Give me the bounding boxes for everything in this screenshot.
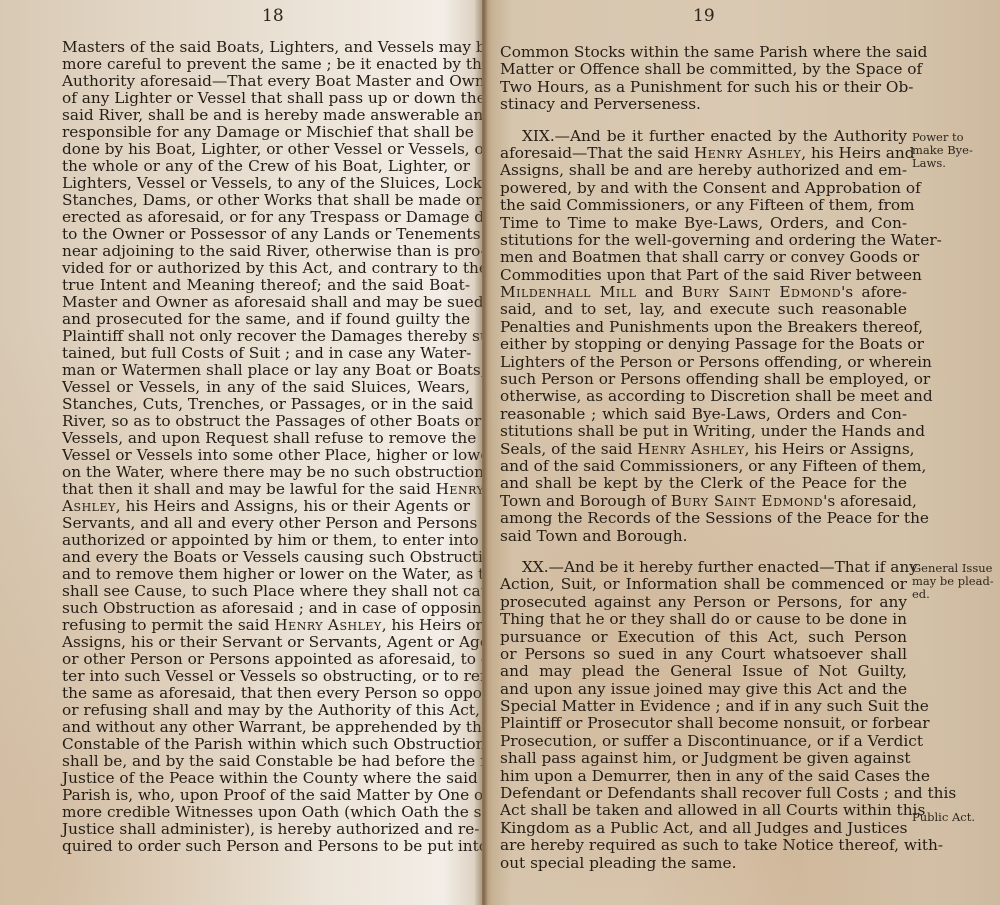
text-line: Stanches, Cuts, Trenches, or Passages, o… bbox=[62, 396, 470, 413]
paragraph-gap bbox=[500, 545, 907, 559]
text-line: Vessel or Vessels, in any of the said Sl… bbox=[62, 379, 470, 396]
page-number-right: 19 bbox=[693, 6, 715, 26]
left-page-body: Masters of the said Boats, Lighters, and… bbox=[62, 39, 470, 855]
text-line: Master and Owner as aforesaid shall and … bbox=[62, 294, 470, 311]
text-line: Servants, and all and every other Person… bbox=[62, 515, 470, 532]
text-line: and upon any issue joined may give this … bbox=[500, 681, 907, 698]
margin-note-line: ed. bbox=[912, 588, 1000, 601]
text-line: Special Matter in Evidence ; and if in a… bbox=[500, 698, 907, 715]
text-line: Common Stocks within the same Parish whe… bbox=[500, 44, 907, 61]
text-line: said River, shall be and is hereby made … bbox=[62, 107, 470, 124]
text-line: Two Hours, as a Punishment for such his … bbox=[500, 79, 907, 96]
text-line: stitutions for the well-governing and or… bbox=[500, 232, 907, 249]
text-line: Defendant or Defendants shall recover fu… bbox=[500, 785, 907, 802]
text-line: Lighters of the Person or Persons offend… bbox=[500, 354, 907, 371]
text-line: refusing to permit the said Henry Ashley… bbox=[62, 617, 470, 634]
text-line: the same as aforesaid, that then every P… bbox=[62, 685, 470, 702]
text-line: Authority aforesaid—That every Boat Mast… bbox=[62, 73, 470, 90]
text-line: shall pass against him, or Judgment be g… bbox=[500, 750, 907, 767]
text-line: quired to order such Person and Persons … bbox=[62, 838, 470, 855]
text-line: Assigns, his or their Servant or Servant… bbox=[62, 634, 470, 651]
text-line: such Person or Persons offending shall b… bbox=[500, 371, 907, 388]
text-line: Commodities upon that Part of the said R… bbox=[500, 267, 907, 284]
text-line: Assigns, shall be and are hereby authori… bbox=[500, 162, 907, 179]
text-line: Vessel or Vessels into some other Place,… bbox=[62, 447, 470, 464]
text-line: Thing that he or they shall do or cause … bbox=[500, 611, 907, 628]
text-line: responsible for any Damage or Mischief t… bbox=[62, 124, 470, 141]
margin-note-general-issue: General Issuemay be plead-ed. bbox=[912, 562, 1000, 601]
margin-note-line: Public Act. bbox=[912, 811, 1000, 824]
text-line: River, so as to obstruct the Passages of… bbox=[62, 413, 470, 430]
text-line: Plaintiff or Prosecutor shall become non… bbox=[500, 715, 907, 732]
text-line: Justice of the Peace within the County w… bbox=[62, 770, 470, 787]
text-line: Parish is, who, upon Proof of the said M… bbox=[62, 787, 470, 804]
text-line: and prosecuted for the same, and if foun… bbox=[62, 311, 470, 328]
margin-note-line: Laws. bbox=[912, 157, 1000, 170]
text-line: Constable of the Parish within which suc… bbox=[62, 736, 470, 753]
text-line: and shall be kept by the Clerk of the Pe… bbox=[500, 475, 907, 492]
text-line: either by stopping or denying Passage fo… bbox=[500, 336, 907, 353]
text-line: such Obstruction as aforesaid ; and in c… bbox=[62, 600, 470, 617]
text-line: Justice shall administer), is hereby aut… bbox=[62, 821, 470, 838]
text-line: Stanches, Dams, or other Works that shal… bbox=[62, 192, 470, 209]
text-line: Vessels, and upon Request shall refuse t… bbox=[62, 430, 470, 447]
text-line: and to remove them higher or lower on th… bbox=[62, 566, 470, 583]
text-line: reasonable ; which said Bye-Laws, Orders… bbox=[500, 406, 907, 423]
text-line: to the Owner or Possessor of any Lands o… bbox=[62, 226, 470, 243]
text-line: powered, by and with the Consent and App… bbox=[500, 180, 907, 197]
text-line: shall see Cause, to such Place where the… bbox=[62, 583, 470, 600]
page-number-left: 18 bbox=[262, 6, 284, 26]
left-page: 18 Masters of the said Boats, Lighters, … bbox=[0, 0, 482, 905]
text-line: said Town and Borough. bbox=[500, 528, 907, 545]
book-gutter bbox=[474, 0, 488, 905]
text-line: Penalties and Punishments upon the Break… bbox=[500, 319, 907, 336]
text-line: done by his Boat, Lighter, or other Vess… bbox=[62, 141, 470, 158]
text-line: said, and to set, lay, and execute such … bbox=[500, 301, 907, 318]
text-line: more credible Witnesses upon Oath (which… bbox=[62, 804, 470, 821]
text-line: on the Water, where there may be no such… bbox=[62, 464, 470, 481]
text-line: authorized or appointed by him or them, … bbox=[62, 532, 470, 549]
text-line: men and Boatmen that shall carry or conv… bbox=[500, 249, 907, 266]
text-line: are hereby required as such to take Noti… bbox=[500, 837, 907, 854]
paragraph-gap bbox=[500, 114, 907, 128]
text-line: Plaintiff shall not only recover the Dam… bbox=[62, 328, 470, 345]
text-line: and without any other Warrant, be appreh… bbox=[62, 719, 470, 736]
right-page-body: Common Stocks within the same Parish whe… bbox=[500, 44, 907, 872]
text-line: the whole or any of the Crew of his Boat… bbox=[62, 158, 470, 175]
text-line: and may plead the General Issue of Not G… bbox=[500, 663, 907, 680]
text-line: Mildenhall Mill and Bury Saint Edmond's … bbox=[500, 284, 907, 301]
text-line: more careful to prevent the same ; be it… bbox=[62, 56, 470, 73]
book-spread: 18 Masters of the said Boats, Lighters, … bbox=[0, 0, 1000, 905]
text-line: XX.—And be it hereby further enacted—Tha… bbox=[500, 559, 907, 576]
text-line: Action, Suit, or Information shall be co… bbox=[500, 576, 907, 593]
text-line: or refusing shall and may by the Authori… bbox=[62, 702, 470, 719]
text-line: stinacy and Perverseness. bbox=[500, 96, 907, 113]
text-line: aforesaid—That the said Henry Ashley, hi… bbox=[500, 145, 907, 162]
text-line: man or Watermen shall place or lay any B… bbox=[62, 362, 470, 379]
text-line: and every the Boats or Vessels causing s… bbox=[62, 549, 470, 566]
text-line: or Persons so sued in any Court whatsoev… bbox=[500, 646, 907, 663]
text-line: among the Records of the Sessions of the… bbox=[500, 510, 907, 527]
text-line: shall be, and by the said Constable be h… bbox=[62, 753, 470, 770]
text-line: of any Lighter or Vessel that shall pass… bbox=[62, 90, 470, 107]
text-line: him upon a Demurrer, then in any of the … bbox=[500, 768, 907, 785]
text-line: Time to Time to make Bye-Laws, Orders, a… bbox=[500, 215, 907, 232]
text-line: out special pleading the same. bbox=[500, 855, 907, 872]
text-line: pursuance or Execution of this Act, such… bbox=[500, 629, 907, 646]
text-line: stitutions shall be put in Writing, unde… bbox=[500, 423, 907, 440]
right-page: 19 Common Stocks within the same Parish … bbox=[482, 0, 1000, 905]
text-line: XIX.—And be it further enacted by the Au… bbox=[500, 128, 907, 145]
text-line: ter into such Vessel or Vessels so obstr… bbox=[62, 668, 470, 685]
text-line: Matter or Offence shall be committed, by… bbox=[500, 61, 907, 78]
text-line: Ashley, his Heirs and Assigns, his or th… bbox=[62, 498, 470, 515]
text-line: tained, but full Costs of Suit ; and in … bbox=[62, 345, 470, 362]
text-line: Prosecution, or suffer a Discontinuance,… bbox=[500, 733, 907, 750]
text-line: Lighters, Vessel or Vessels, to any of t… bbox=[62, 175, 470, 192]
text-line: prosecuted against any Person or Persons… bbox=[500, 594, 907, 611]
text-line: the said Commissioners, or any Fifteen o… bbox=[500, 197, 907, 214]
text-line: otherwise, as according to Discretion sh… bbox=[500, 388, 907, 405]
margin-note-bye-laws: Power tomake Bye-Laws. bbox=[912, 131, 1000, 170]
text-line: and of the said Commissioners, or any Fi… bbox=[500, 458, 907, 475]
text-line: Masters of the said Boats, Lighters, and… bbox=[62, 39, 470, 56]
text-line: Kingdom as a Public Act, and all Judges … bbox=[500, 820, 907, 837]
text-line: true Intent and Meaning thereof; and the… bbox=[62, 277, 470, 294]
text-line: erected as aforesaid, or for any Trespas… bbox=[62, 209, 470, 226]
text-line: Seals, of the said Henry Ashley, his Hei… bbox=[500, 441, 907, 458]
text-line: Town and Borough of Bury Saint Edmond's … bbox=[500, 493, 907, 510]
text-line: that then it shall and may be lawful for… bbox=[62, 481, 470, 498]
text-line: near adjoining to the said River, otherw… bbox=[62, 243, 470, 260]
text-line: vided for or authorized by this Act, and… bbox=[62, 260, 470, 277]
text-line: or other Person or Persons appointed as … bbox=[62, 651, 470, 668]
margin-note-public-act: Public Act. bbox=[912, 811, 1000, 824]
text-line: Act shall be taken and allowed in all Co… bbox=[500, 802, 907, 819]
